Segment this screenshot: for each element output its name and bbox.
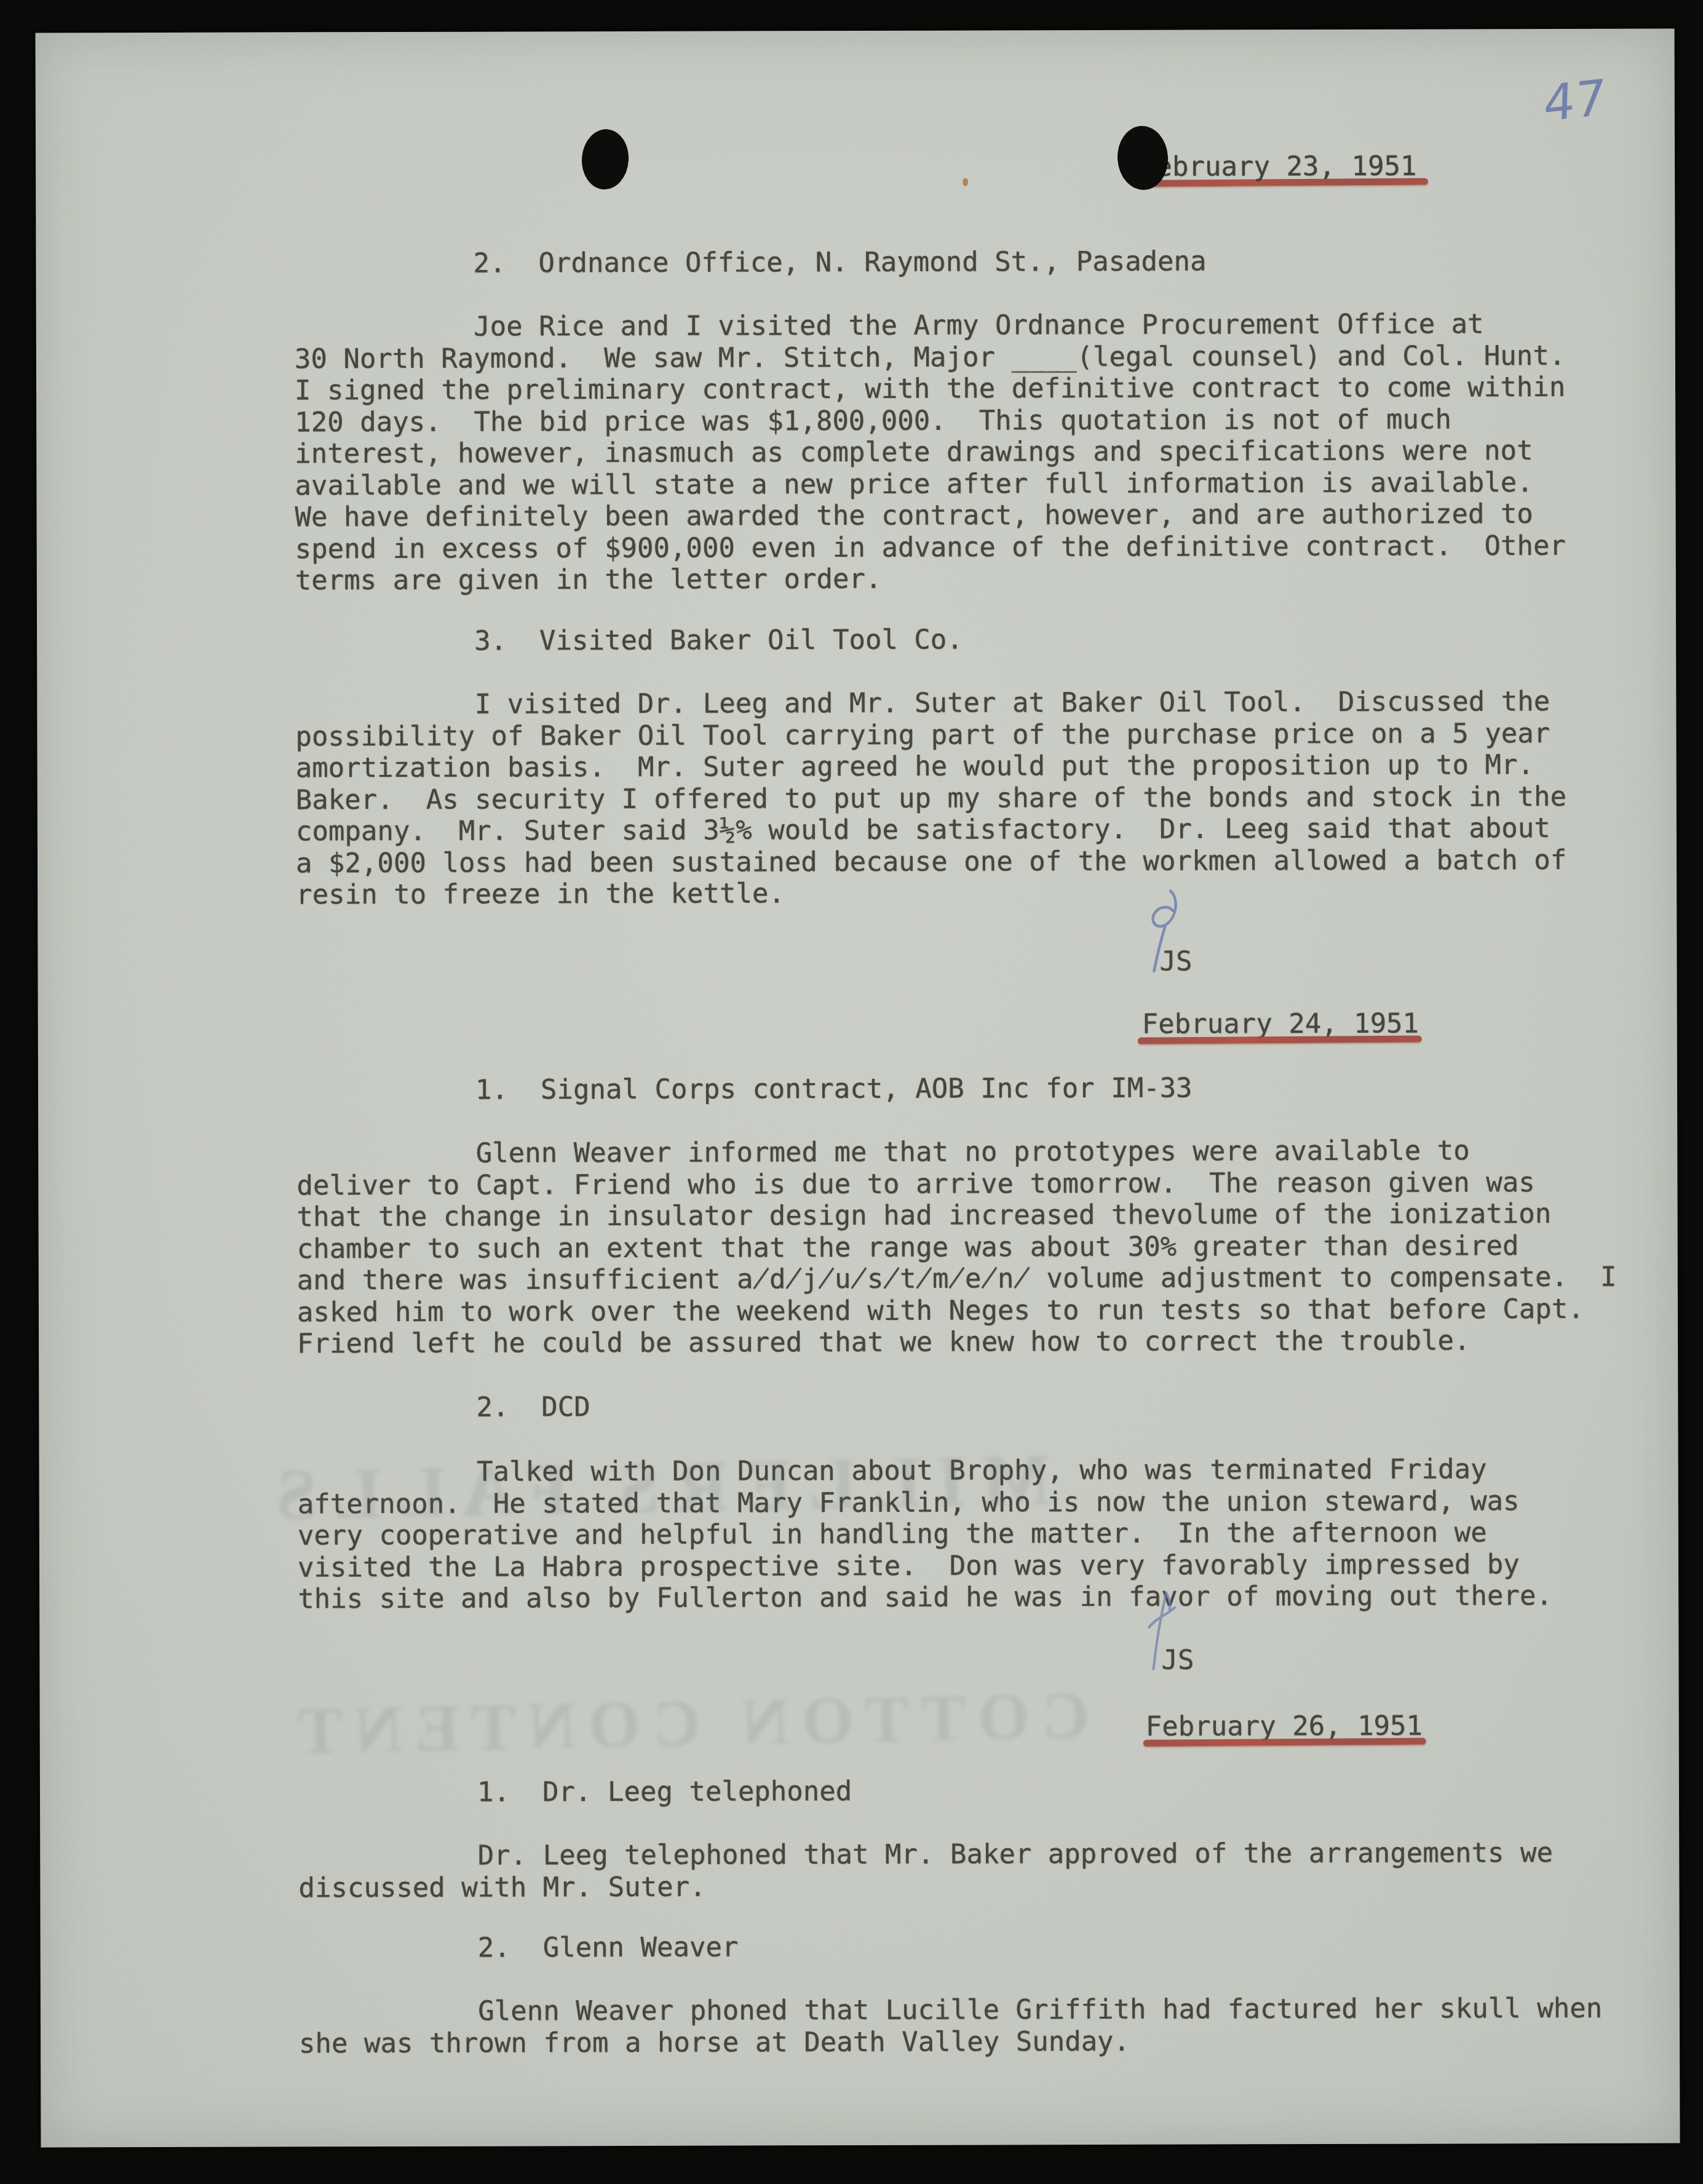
section-heading-leeg-telephoned: 1. Dr. Leeg telephoned [477, 1774, 1646, 1808]
paragraph-glenn-weaver: Glenn Weaver phoned that Lucille Griffit… [299, 1993, 1658, 2060]
pen-stroke [1149, 1593, 1175, 1669]
paper-speck [963, 178, 968, 186]
watermark-millers-falls: MILLERS FALLS [260, 1438, 1050, 1538]
section-heading-signal-corps: 1. Signal Corps contract, AOB Inc for IM… [475, 1071, 1644, 1106]
section-heading-ordnance-office: 2. Ordnance Office, N. Raymond St., Pasa… [473, 245, 1641, 279]
paragraph-signal-corps: Glenn Weaver informed me that no prototy… [296, 1135, 1656, 1360]
date-underline [1143, 1738, 1426, 1747]
hole-punch-left [580, 128, 630, 191]
scan-background: MILLERS FALLS COTTON CONTENT 47 February… [0, 0, 1703, 2184]
watermark-cotton-content: COTTON CONTENT [285, 1678, 1090, 1770]
handwritten-page-number: 47 [1543, 68, 1607, 133]
pen-stroke [1153, 891, 1175, 971]
date-underline [1138, 1036, 1422, 1044]
section-heading-baker-oil-tool: 3. Visited Baker Oil Tool Co. [474, 622, 1643, 657]
handwritten-initial-mark [1142, 886, 1188, 975]
handwritten-initial-mark [1145, 1589, 1186, 1673]
paragraph-ordnance-office: Joe Rice and I visited the Army Ordnance… [295, 308, 1654, 597]
paragraph-leeg-telephoned: Dr. Leeg telephoned that Mr. Baker appro… [298, 1837, 1657, 1904]
entry-date-feb-23: February 23, 1951 [1140, 150, 1459, 183]
document-page: MILLERS FALLS COTTON CONTENT 47 February… [36, 29, 1680, 2148]
section-heading-dcd: 2. DCD [476, 1389, 1645, 1423]
section-heading-glenn-weaver: 2. Glenn Weaver [478, 1929, 1646, 1964]
paragraph-baker-oil-tool: I visited Dr. Leeg and Mr. Suter at Bake… [295, 686, 1655, 911]
